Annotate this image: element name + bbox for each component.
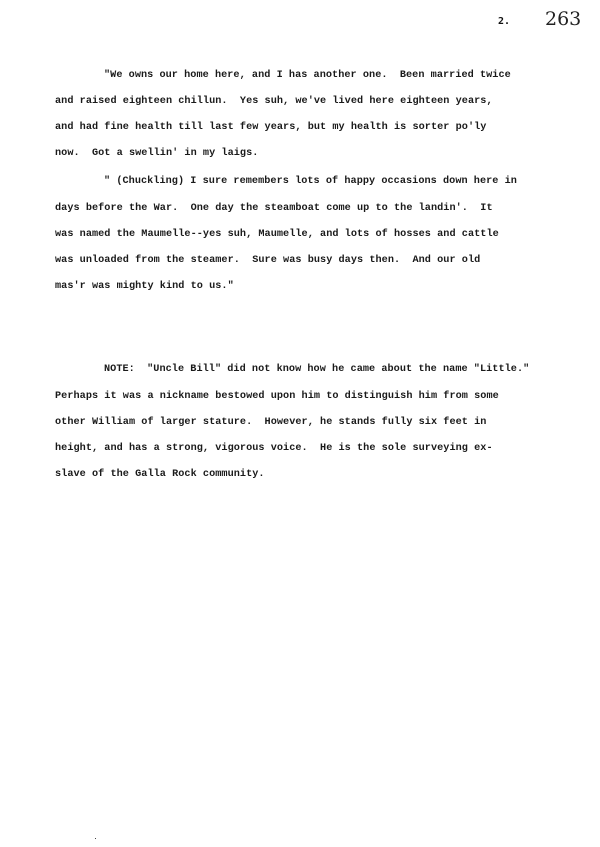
page-label: 2. [498,16,510,27]
text-line: "We owns our home here, and I has anothe… [104,70,511,81]
text-line: other William of larger stature. However… [55,417,486,428]
text-line: " (Chuckling) I sure remembers lots of h… [104,176,517,187]
page-number: 263 [545,8,581,30]
text-line: was unloaded from the steamer. Sure was … [55,255,480,266]
text-line: and had fine health till last few years,… [55,122,486,133]
text-line: Perhaps it was a nickname bestowed upon … [55,391,499,402]
text-line: slave of the Galla Rock community. [55,469,265,480]
text-line: height, and has a strong, vigorous voice… [55,443,493,454]
text-line: and raised eighteen chillun. Yes suh, we… [55,96,493,107]
document-page: 2. 263 "We owns our home here, and I has… [0,0,600,847]
text-line: days before the War. One day the steambo… [55,203,493,214]
text-line: mas'r was mighty kind to us." [55,281,234,292]
scan-speck [95,838,96,839]
text-line: now. Got a swellin' in my laigs. [55,148,258,159]
text-line: was named the Maumelle--yes suh, Maumell… [55,229,499,240]
text-line: NOTE: "Uncle Bill" did not know how he c… [104,364,529,375]
